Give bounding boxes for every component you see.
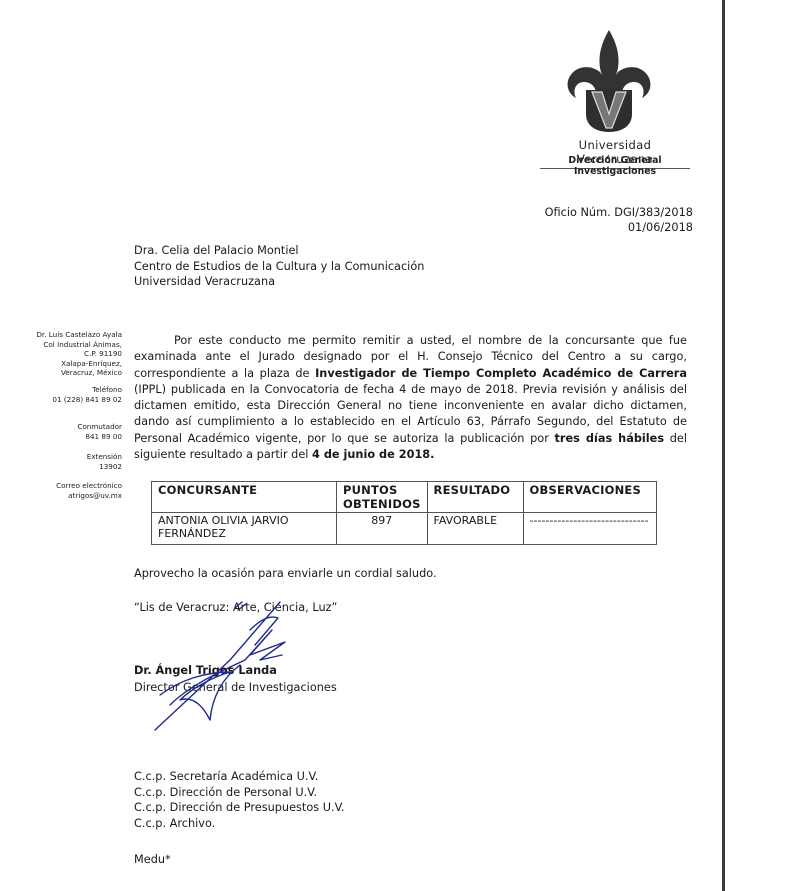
table-header-row: CONCURSANTE PUNTOS OBTENIDOS RESULTADO O… [152, 482, 657, 513]
recipient-institution: Universidad Veracruzana [134, 274, 424, 290]
header-resultado: RESULTADO [427, 482, 523, 513]
extension-label: Extensión [20, 452, 122, 462]
body-paragraph: Por este conducto me permito remitir a u… [134, 333, 687, 463]
email-label: Correo electrónico [20, 481, 122, 491]
recipient-center: Centro de Estudios de la Cultura y la Co… [134, 259, 424, 275]
header-puntos: PUNTOS OBTENIDOS [337, 482, 428, 513]
start-date: 4 de junio de 2018. [312, 448, 434, 461]
department-name: Dirección General Investigaciones [532, 155, 698, 177]
sidebar-address: Dr. Luis Castelazo Ayala Col Industrial … [20, 330, 122, 378]
address-line: Dr. Luis Castelazo Ayala [20, 330, 122, 340]
header-concursante: CONCURSANTE [152, 482, 337, 513]
address-line: Xalapa-Enríquez, [20, 359, 122, 369]
ccp-item: C.c.p. Dirección de Presupuestos U.V. [134, 800, 344, 816]
phone-label: Teléfono [20, 385, 122, 395]
page-edge-line [722, 0, 725, 891]
ccp-item: C.c.p. Secretaría Académica U.V. [134, 769, 344, 785]
cell-concursante: ANTONIA OLIVIA JARVIO FERNÁNDEZ [152, 513, 337, 545]
handwritten-signature-icon [150, 600, 300, 740]
recipient-name: Dra. Celia del Palacio Montiel [134, 243, 424, 259]
header-observaciones: OBSERVACIONES [523, 482, 656, 513]
address-line: Veracruz, México [20, 368, 122, 378]
document-date: 01/06/2018 [545, 220, 693, 235]
address-line: Col Industrial Ánimas, [20, 340, 122, 350]
ccp-list: C.c.p. Secretaría Académica U.V. C.c.p. … [134, 769, 344, 831]
ccp-item: C.c.p. Archivo. [134, 816, 344, 832]
phone-value: 01 (228) 841 89 02 [20, 395, 122, 405]
sidebar-extension: Extensión 13902 [20, 452, 122, 471]
reference-block: Oficio Núm. DGI/383/2018 01/06/2018 [545, 205, 693, 235]
position-title: Investigador de Tiempo Completo Académic… [315, 367, 687, 380]
ccp-item: C.c.p. Dirección de Personal U.V. [134, 785, 344, 801]
cell-resultado: FAVORABLE [427, 513, 523, 545]
extension-value: 13902 [20, 462, 122, 472]
results-table: CONCURSANTE PUNTOS OBTENIDOS RESULTADO O… [151, 481, 657, 545]
address-line: C.P. 91190 [20, 349, 122, 359]
oficio-number: Oficio Núm. DGI/383/2018 [545, 205, 693, 220]
recipient-block: Dra. Celia del Palacio Montiel Centro de… [134, 243, 424, 290]
sidebar-switchboard: Conmutador 841 89 00 [20, 422, 122, 441]
sidebar-phone: Teléfono 01 (228) 841 89 02 [20, 385, 122, 404]
publication-period: tres días hábiles [555, 432, 665, 445]
typist-initials: Medu* [134, 853, 171, 866]
cell-observaciones: ------------------------------ [523, 513, 656, 545]
closing-greeting: Aprovecho la ocasión para enviarle un co… [134, 567, 437, 580]
switchboard-value: 841 89 00 [20, 432, 122, 442]
table-row: ANTONIA OLIVIA JARVIO FERNÁNDEZ 897 FAVO… [152, 513, 657, 545]
email-value: atrigos@uv.mx [20, 491, 122, 501]
sidebar-email: Correo electrónico atrigos@uv.mx [20, 481, 122, 500]
switchboard-label: Conmutador [20, 422, 122, 432]
fleur-de-lis-v-logo-icon [562, 28, 656, 134]
cell-puntos: 897 [337, 513, 428, 545]
